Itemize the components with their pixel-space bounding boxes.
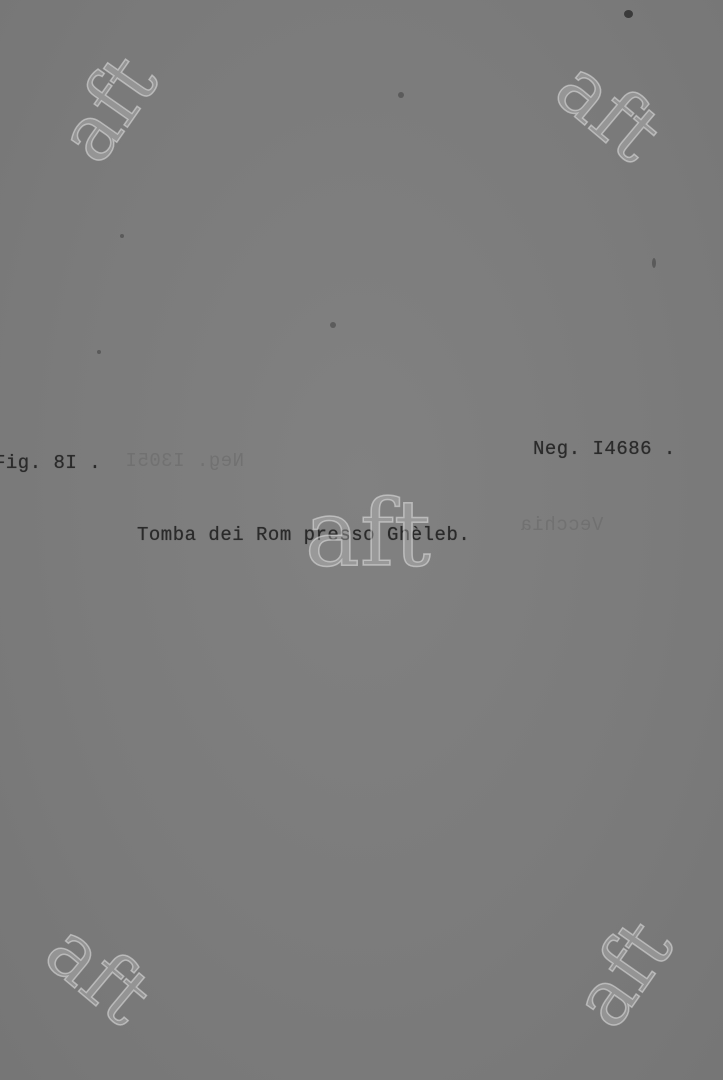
archival-card: Neg. I305I Vecchia Fig. 8I . Neg. I4686 …	[0, 0, 723, 1080]
figure-number: Fig. 8I .	[0, 452, 101, 474]
dust-speck	[398, 92, 404, 98]
watermark-top-left: aft	[46, 43, 171, 175]
dust-speck	[624, 10, 633, 18]
bleed-through-caption: Vecchia	[520, 514, 603, 536]
dust-speck	[330, 322, 336, 328]
dust-speck	[97, 350, 101, 354]
watermark-center: aft	[305, 488, 431, 580]
watermark-bottom-left: aft	[32, 910, 164, 1038]
watermark-bottom-right: aft	[561, 908, 686, 1040]
negative-number: Neg. I4686 .	[533, 438, 676, 460]
bleed-through-negative: Neg. I305I	[125, 450, 244, 472]
dust-speck	[652, 258, 656, 268]
watermark-top-right: aft	[542, 47, 674, 175]
dust-speck	[120, 234, 124, 238]
